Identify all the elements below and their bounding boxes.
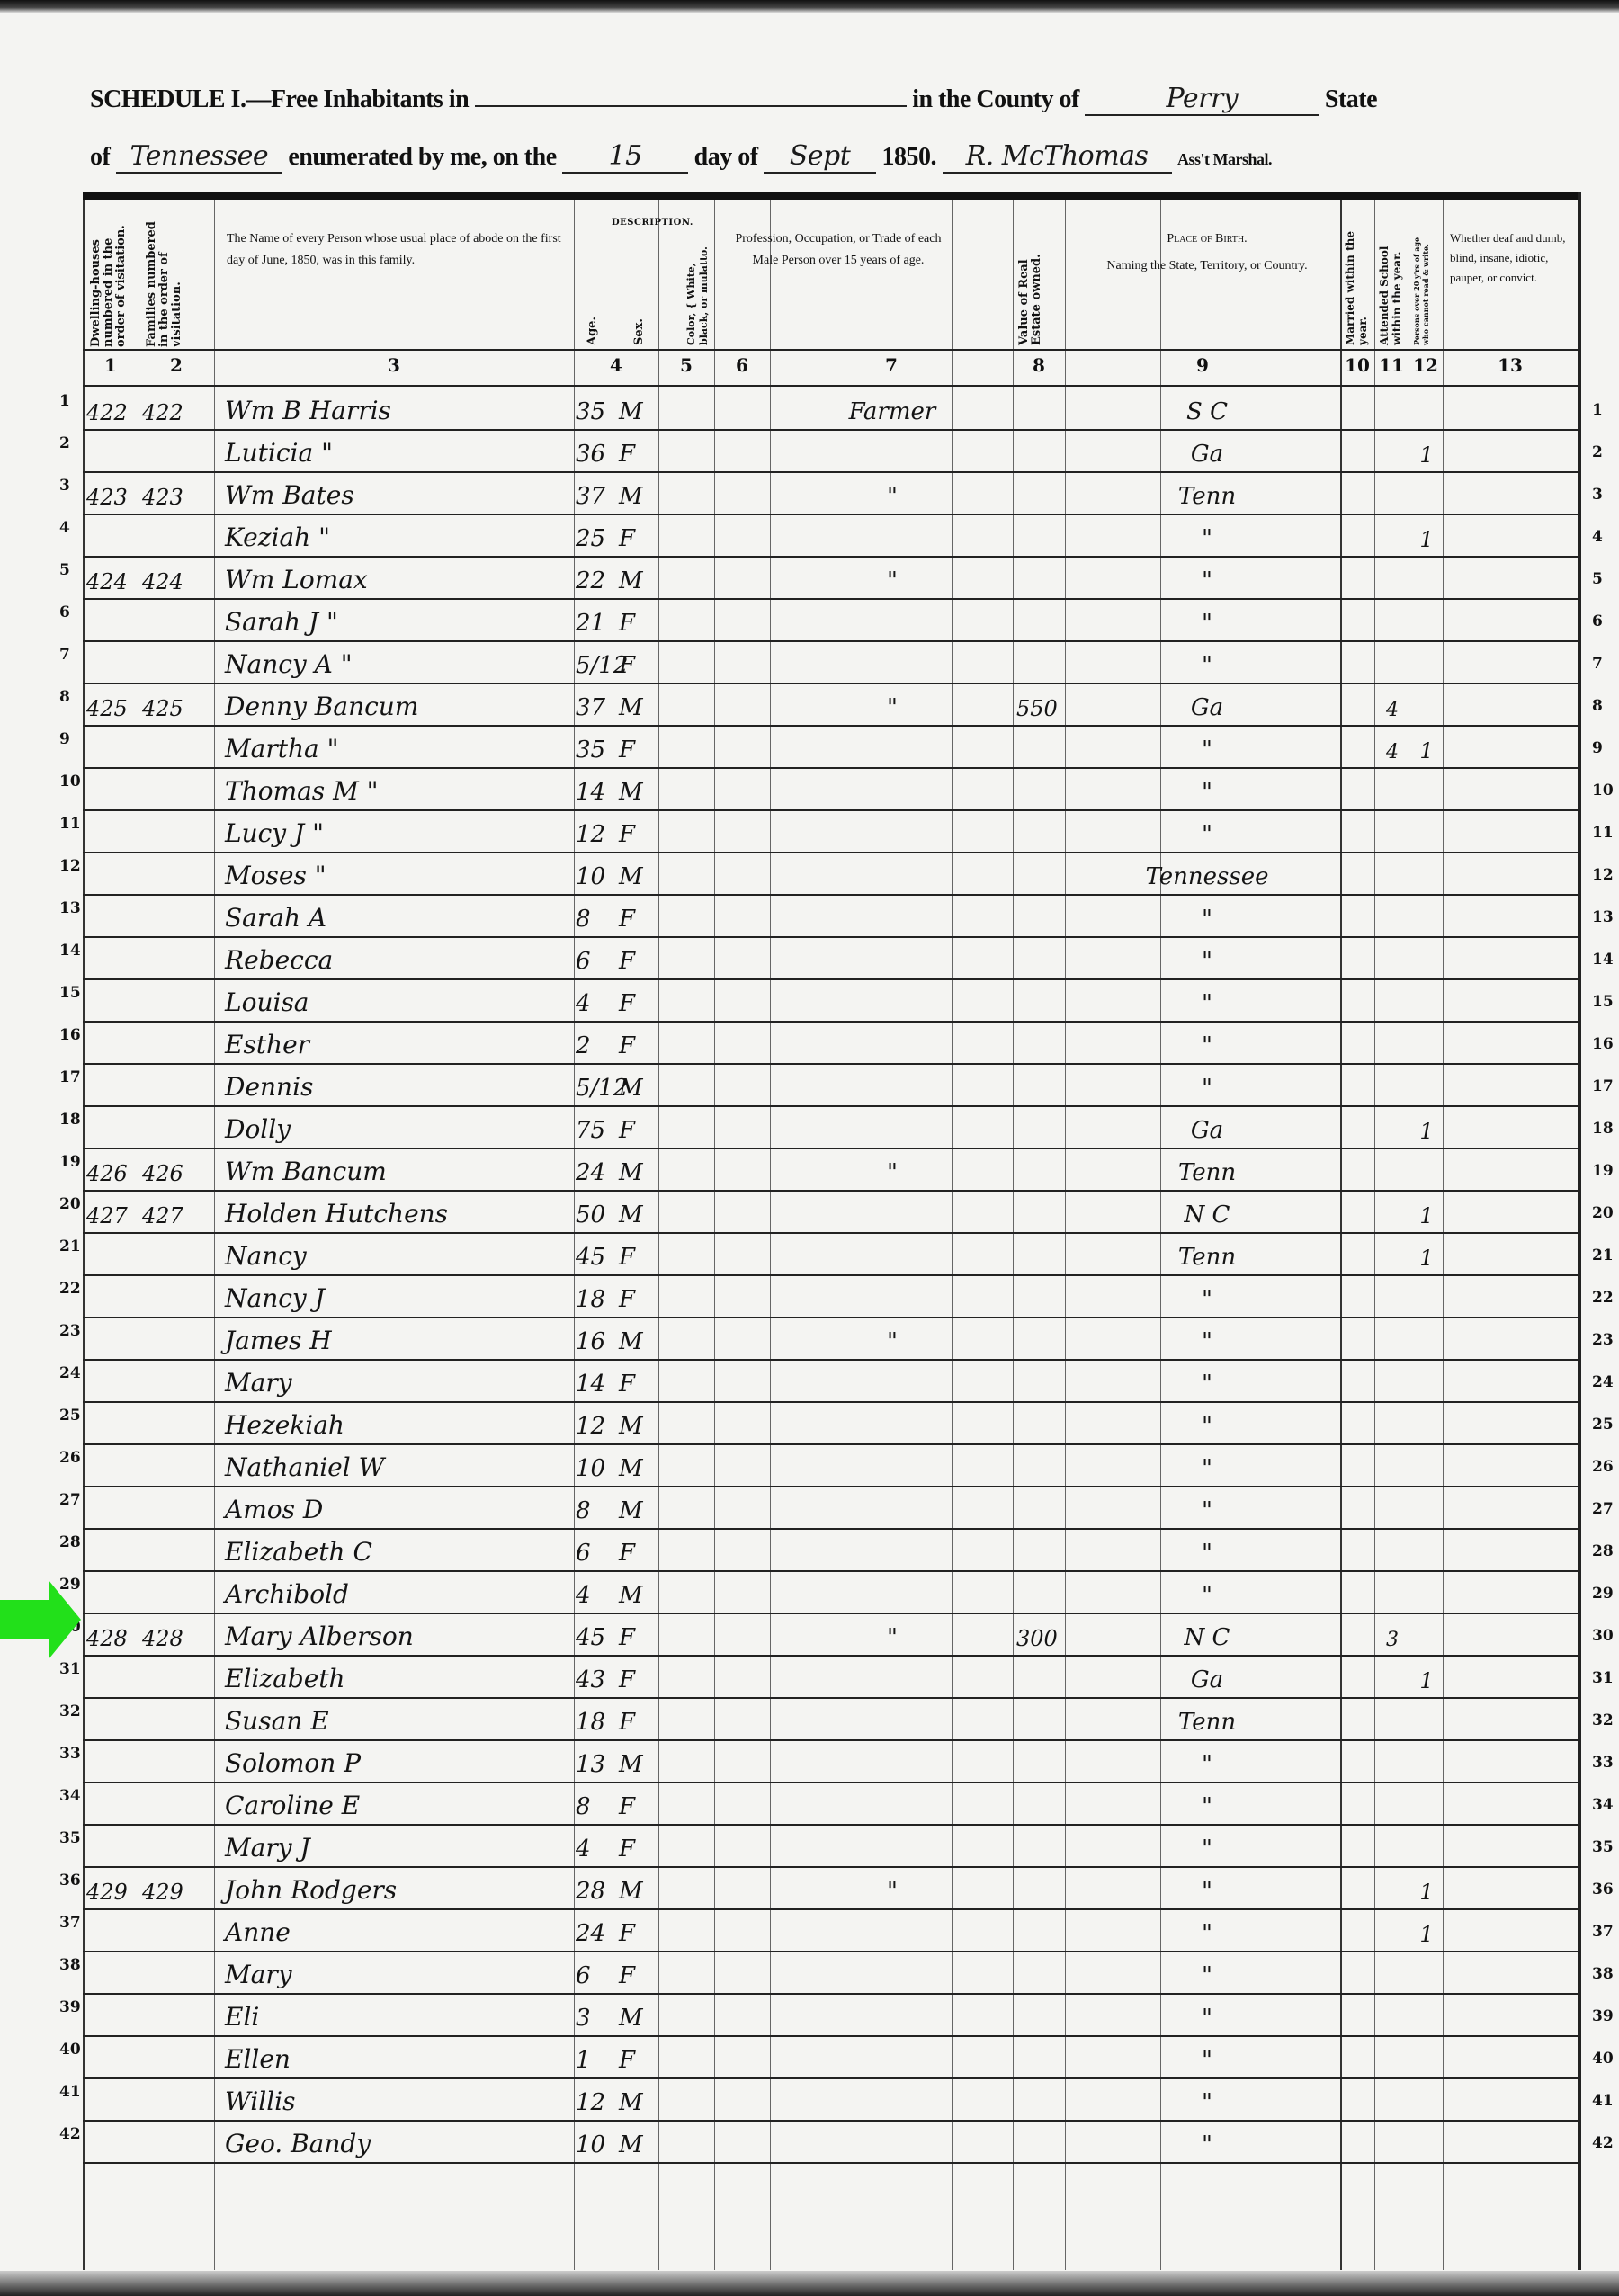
cell-birthplace: "	[1081, 2131, 1333, 2158]
cell-name: Elizabeth	[225, 1664, 572, 1693]
cell-sex: F	[619, 1371, 655, 1398]
cell-name: Nancy J	[225, 1283, 572, 1313]
line-number-left: 14	[59, 942, 81, 960]
line-number-right: 1	[1592, 401, 1603, 419]
cell-age: 24	[576, 1920, 612, 1947]
cell-sex: M	[619, 863, 655, 890]
cell-age: 37	[576, 694, 612, 721]
table-row: 3838Mary6F"	[83, 1952, 1581, 1995]
subdivision-field	[475, 105, 907, 107]
cell-birthplace: "	[1081, 610, 1333, 637]
cell-sex: F	[619, 1624, 655, 1651]
cell-age: 5/12	[576, 1075, 612, 1102]
line-number-right: 28	[1592, 1542, 1614, 1560]
table-row: 2929Archibold4M"	[83, 1572, 1581, 1614]
cell-sex: F	[619, 525, 655, 552]
cell-name: Denny Bancum	[225, 692, 572, 721]
cell-sex: F	[619, 1666, 655, 1693]
cell-age: 45	[576, 1244, 612, 1271]
header-married: Married within the year.	[1344, 219, 1371, 345]
cell-sex: F	[619, 610, 655, 637]
line-number-left: 33	[59, 1745, 81, 1763]
table-row: 77Nancy A "5/12F"	[83, 642, 1581, 684]
cell-name: Mary	[225, 1960, 572, 1989]
cell-name: Moses "	[225, 861, 572, 890]
cell-name: Louisa	[225, 987, 572, 1017]
line-number-right: 9	[1592, 739, 1603, 757]
table-row: 4242Geo. Bandy10M"	[83, 2122, 1581, 2164]
cell-birthplace: Tenn	[1081, 1709, 1333, 1736]
header-birthplace: Naming the State, Territory, or Country.	[1081, 255, 1333, 277]
cell-age: 24	[576, 1159, 612, 1186]
table-row: 3232Susan E18FTenn	[83, 1699, 1581, 1741]
table-row: 2727Amos D8M"	[83, 1487, 1581, 1530]
line-number-right: 26	[1592, 1458, 1614, 1476]
line-number-right: 6	[1592, 612, 1603, 630]
table-row: 1616Esther2F"	[83, 1023, 1581, 1065]
table-row: 2525Hezekiah12M"	[83, 1403, 1581, 1445]
table-row: 4141Willis12M"	[83, 2079, 1581, 2122]
cell-age: 18	[576, 1709, 612, 1736]
table-row: 2323James H16M""	[83, 1318, 1581, 1361]
line-number-left: 1	[59, 392, 70, 410]
line-number-left: 6	[59, 603, 70, 621]
column-number: 7	[770, 354, 1013, 376]
table-row: 3939Eli3M"	[83, 1995, 1581, 2037]
cell-illiterate: 1	[1410, 1880, 1443, 1905]
cell-age: 4	[576, 1836, 612, 1863]
cell-illiterate: 1	[1410, 1246, 1443, 1271]
table-row: 3535Mary J4F"	[83, 1826, 1581, 1868]
cell-sex: M	[619, 1075, 655, 1102]
line-number-left: 19	[59, 1153, 81, 1171]
cell-birthplace: "	[1081, 1413, 1333, 1440]
cell-name: Sarah J "	[225, 607, 572, 637]
cell-name: Wm Lomax	[225, 565, 572, 594]
scan-bottom-edge	[0, 2271, 1619, 2296]
cell-occupation: "	[775, 483, 1009, 510]
line-number-left: 16	[59, 1026, 81, 1044]
cell-dwelling: 422	[86, 400, 137, 425]
cell-sex: F	[619, 441, 655, 468]
line-number-right: 33	[1592, 1754, 1614, 1772]
line-number-right: 22	[1592, 1289, 1614, 1307]
table-row: 1414Rebecca6F"	[83, 938, 1581, 980]
header-birthplace-title: Place of Birth.	[1081, 228, 1333, 250]
year-label: 1850.	[882, 143, 937, 171]
line-number-left: 2	[59, 434, 70, 452]
cell-name: Wm Bates	[225, 480, 572, 510]
marshal-label: Ass't Marshal.	[1177, 150, 1272, 168]
cell-age: 6	[576, 1540, 612, 1567]
cell-name: Esther	[225, 1030, 572, 1059]
cell-age: 10	[576, 863, 612, 890]
state-label: State	[1325, 85, 1377, 113]
table-row: 22Luticia "36FGa1	[83, 431, 1581, 473]
cell-sex: F	[619, 737, 655, 764]
cell-sex: M	[619, 1497, 655, 1524]
line-number-left: 36	[59, 1872, 81, 1890]
line-number-right: 16	[1592, 1035, 1614, 1053]
table-row: 3333Solomon P13M"	[83, 1741, 1581, 1783]
cell-occupation: "	[775, 1159, 1009, 1186]
cell-dwelling: 426	[86, 1161, 137, 1186]
line-number-right: 30	[1592, 1627, 1614, 1645]
line-number-left: 18	[59, 1111, 81, 1129]
cell-family: 426	[142, 1161, 212, 1186]
cell-birthplace: "	[1081, 1540, 1333, 1567]
month-field: Sept	[764, 140, 876, 174]
cell-sex: M	[619, 1159, 655, 1186]
cell-birthplace: "	[1081, 990, 1333, 1017]
cell-name: Susan E	[225, 1706, 572, 1736]
cell-family: 423	[142, 485, 212, 510]
cell-birthplace: "	[1081, 525, 1333, 552]
cell-sex: M	[619, 1413, 655, 1440]
cell-sex: M	[619, 1202, 655, 1228]
cell-occupation: Farmer	[775, 398, 1009, 425]
table-row: 1111Lucy J "12F"	[83, 811, 1581, 853]
cell-birthplace: "	[1081, 779, 1333, 806]
line-number-right: 4	[1592, 528, 1603, 546]
cell-age: 12	[576, 2089, 612, 2116]
cell-name: Dennis	[225, 1072, 572, 1102]
cell-age: 10	[576, 1455, 612, 1482]
column-number: 1	[83, 354, 139, 376]
cell-family: 422	[142, 400, 212, 425]
line-number-left: 23	[59, 1322, 81, 1340]
census-table: Dwelling-houses numbered in the order of…	[83, 192, 1581, 2270]
cell-birthplace: Tenn	[1081, 1244, 1333, 1271]
cell-sex: F	[619, 2047, 655, 2074]
table-row: 2020427427Holden Hutchens50MN C1	[83, 1192, 1581, 1234]
cell-sex: M	[619, 483, 655, 510]
line-number-right: 7	[1592, 655, 1603, 673]
column-number: 3	[214, 354, 574, 376]
table-row: 55424424Wm Lomax22M""	[83, 558, 1581, 600]
cell-birthplace: "	[1081, 1878, 1333, 1905]
column-number: 5	[658, 354, 714, 376]
line-number-left: 41	[59, 2083, 81, 2101]
cell-name: Thomas M "	[225, 776, 572, 806]
cell-age: 45	[576, 1624, 612, 1651]
line-number-left: 21	[59, 1237, 81, 1255]
table-row: 3131Elizabeth43FGa1	[83, 1657, 1581, 1699]
line-number-right: 13	[1592, 908, 1614, 926]
line-number-left: 12	[59, 857, 81, 875]
line-number-right: 18	[1592, 1120, 1614, 1138]
cell-age: 8	[576, 1497, 612, 1524]
line-number-right: 8	[1592, 697, 1603, 715]
column-number: 12	[1409, 354, 1443, 376]
cell-age: 13	[576, 1751, 612, 1778]
table-top-border	[83, 192, 1581, 200]
line-number-right: 40	[1592, 2050, 1614, 2068]
cell-sex: M	[619, 2131, 655, 2158]
cell-age: 28	[576, 1878, 612, 1905]
cell-illiterate: 1	[1410, 527, 1443, 552]
line-number-left: 11	[59, 815, 81, 833]
cell-name: Archibold	[225, 1579, 572, 1609]
cell-birthplace: Tenn	[1081, 1159, 1333, 1186]
header-rule	[83, 349, 1581, 351]
header-color: Color, { White, black, or mulatto.	[685, 237, 712, 345]
cell-name: Hezekiah	[225, 1410, 572, 1440]
line-number-left: 4	[59, 519, 70, 537]
state-field: Tennessee	[116, 140, 282, 174]
cell-birthplace: "	[1081, 1920, 1333, 1947]
cell-age: 14	[576, 779, 612, 806]
cell-dwelling: 423	[86, 485, 137, 510]
cell-age: 5/12	[576, 652, 612, 679]
column-number: 6	[714, 354, 770, 376]
line-number-left: 10	[59, 773, 81, 791]
cell-sex: F	[619, 1286, 655, 1313]
cell-birthplace: "	[1081, 821, 1333, 848]
line-number-right: 23	[1592, 1331, 1614, 1349]
table-row: 3434Caroline E8F"	[83, 1783, 1581, 1826]
cell-name: Nathaniel W	[225, 1452, 572, 1482]
cell-age: 6	[576, 1962, 612, 1989]
line-number-left: 37	[59, 1914, 81, 1932]
cell-family: 428	[142, 1626, 212, 1651]
line-number-right: 35	[1592, 1838, 1614, 1856]
table-row: 1818Dolly75FGa1	[83, 1107, 1581, 1149]
cell-age: 12	[576, 1413, 612, 1440]
cell-birthplace: "	[1081, 1793, 1333, 1820]
cell-illiterate: 1	[1410, 1922, 1443, 1947]
cell-sex: M	[619, 1751, 655, 1778]
line-number-right: 25	[1592, 1416, 1614, 1434]
cell-name: Lucy J "	[225, 818, 572, 848]
cell-name: Mary Alberson	[225, 1621, 572, 1651]
cell-name: John Rodgers	[225, 1875, 572, 1905]
cell-birthplace: "	[1081, 948, 1333, 975]
table-row: 3737Anne24F"1	[83, 1910, 1581, 1952]
cell-name: Wm B Harris	[225, 396, 572, 425]
cell-age: 12	[576, 821, 612, 848]
cell-age: 37	[576, 483, 612, 510]
table-row: 2121Nancy45FTenn1	[83, 1234, 1581, 1276]
line-number-left: 35	[59, 1829, 81, 1847]
day-field: 15	[562, 140, 688, 174]
cell-age: 1	[576, 2047, 612, 2074]
cell-birthplace: "	[1081, 2047, 1333, 2074]
cell-occupation: "	[775, 694, 1009, 721]
cell-age: 16	[576, 1328, 612, 1355]
cell-age: 8	[576, 906, 612, 933]
cell-sex: M	[619, 2005, 655, 2032]
cell-age: 75	[576, 1117, 612, 1144]
marshal-field: R. McThomas	[943, 140, 1172, 174]
of-label: of	[90, 143, 110, 171]
line-number-left: 13	[59, 899, 81, 917]
column-number: 4	[574, 354, 658, 376]
cell-illiterate: 1	[1410, 1119, 1443, 1144]
line-number-left: 38	[59, 1956, 81, 1974]
cell-name: Martha "	[225, 734, 572, 764]
row-rule	[83, 2162, 1581, 2164]
line-number-left: 15	[59, 984, 81, 1002]
column-number: 10	[1340, 354, 1374, 376]
cell-age: 35	[576, 398, 612, 425]
cell-birthplace: "	[1081, 2089, 1333, 2116]
line-number-right: 36	[1592, 1881, 1614, 1898]
cell-sex: F	[619, 1540, 655, 1567]
line-number-left: 32	[59, 1702, 81, 1720]
cell-real-estate: 300	[1016, 1626, 1065, 1651]
cell-dwelling: 427	[86, 1203, 137, 1228]
header-real-estate: Value of Real Estate owned.	[1018, 219, 1056, 345]
cell-age: 3	[576, 2005, 612, 2032]
cell-sex: M	[619, 2089, 655, 2116]
cell-age: 35	[576, 737, 612, 764]
cell-name: Caroline E	[225, 1791, 572, 1820]
cell-sex: M	[619, 1582, 655, 1609]
line-number-left: 20	[59, 1195, 81, 1213]
table-row: 1010Thomas M "14M"	[83, 769, 1581, 811]
cell-dwelling: 425	[86, 696, 137, 721]
table-row: 4040Ellen1F"	[83, 2037, 1581, 2079]
line-number-right: 24	[1592, 1373, 1614, 1391]
enumerated-label: enumerated by me, on the	[288, 143, 556, 171]
cell-age: 4	[576, 990, 612, 1017]
cell-age: 36	[576, 441, 612, 468]
cell-age: 21	[576, 610, 612, 637]
header-name: The Name of every Person whose usual pla…	[227, 228, 568, 272]
cell-name: Dolly	[225, 1114, 572, 1144]
line-number-left: 27	[59, 1491, 81, 1509]
cell-family: 425	[142, 696, 212, 721]
cell-age: 50	[576, 1202, 612, 1228]
line-number-right: 3	[1592, 486, 1603, 504]
line-number-right: 38	[1592, 1965, 1614, 1983]
cell-family: 424	[142, 569, 212, 594]
cell-name: Ellen	[225, 2044, 572, 2074]
cell-sex: F	[619, 1836, 655, 1863]
column-number: 13	[1443, 354, 1578, 376]
cell-school: 4	[1376, 741, 1409, 764]
cell-age: 6	[576, 948, 612, 975]
line-number-right: 32	[1592, 1711, 1614, 1729]
line-number-right: 10	[1592, 782, 1614, 800]
cell-sex: F	[619, 1920, 655, 1947]
cell-sex: F	[619, 1117, 655, 1144]
cell-name: Rebecca	[225, 945, 572, 975]
cell-illiterate: 1	[1410, 738, 1443, 764]
table-row: 2626Nathaniel W10M"	[83, 1445, 1581, 1487]
cell-sex: M	[619, 694, 655, 721]
table-row: 2424Mary14F"	[83, 1361, 1581, 1403]
cell-occupation: "	[775, 1328, 1009, 1355]
line-number-right: 21	[1592, 1246, 1614, 1264]
header-dwelling: Dwelling-houses numbered in the order of…	[90, 212, 133, 347]
cell-sex: M	[619, 1328, 655, 1355]
line-number-left: 42	[59, 2125, 81, 2143]
cell-name: Wm Bancum	[225, 1157, 572, 1186]
cell-sex: F	[619, 990, 655, 1017]
cell-sex: F	[619, 1962, 655, 1989]
cell-name: Eli	[225, 2002, 572, 2032]
cell-age: 14	[576, 1371, 612, 1398]
cell-birthplace: Tennessee	[1081, 863, 1333, 890]
cell-dwelling: 429	[86, 1880, 137, 1905]
enumeration-line: of Tennessee enumerated by me, on the 15…	[90, 140, 1272, 174]
line-number-right: 17	[1592, 1077, 1614, 1095]
line-number-left: 28	[59, 1533, 81, 1551]
cell-sex: M	[619, 1455, 655, 1482]
line-number-left: 34	[59, 1787, 81, 1805]
cell-birthplace: "	[1081, 1286, 1333, 1313]
cell-birthplace: Ga	[1081, 1666, 1333, 1693]
line-number-right: 14	[1592, 951, 1614, 969]
cell-name: Mary J	[225, 1833, 572, 1863]
cell-name: Sarah A	[225, 903, 572, 933]
cell-name: Elizabeth C	[225, 1537, 572, 1567]
line-number-left: 17	[59, 1068, 81, 1086]
column-number: 11	[1374, 354, 1409, 376]
line-number-left: 9	[59, 730, 70, 748]
column-number: 8	[1013, 354, 1065, 376]
table-row: 3636429429John Rodgers28M""1	[83, 1868, 1581, 1910]
column-number: 2	[139, 354, 214, 376]
cell-age: 22	[576, 567, 612, 594]
cell-sex: F	[619, 1032, 655, 1059]
line-number-right: 20	[1592, 1204, 1614, 1222]
cell-school: 4	[1376, 699, 1409, 721]
cell-birthplace: S C	[1081, 398, 1333, 425]
cell-birthplace: "	[1081, 1497, 1333, 1524]
table-row: 1717Dennis5/12M"	[83, 1065, 1581, 1107]
cell-birthplace: "	[1081, 652, 1333, 679]
cell-illiterate: 1	[1410, 1668, 1443, 1693]
cell-family: 427	[142, 1203, 212, 1228]
cell-name: Willis	[225, 2086, 572, 2116]
cell-birthplace: "	[1081, 1032, 1333, 1059]
table-row: 44Keziah "25F"1	[83, 515, 1581, 558]
table-row: 88425425Denny Bancum37M"550Ga4	[83, 684, 1581, 727]
line-number-left: 5	[59, 561, 70, 579]
line-number-right: 31	[1592, 1669, 1614, 1687]
line-number-right: 2	[1592, 443, 1603, 461]
line-number-right: 5	[1592, 570, 1603, 588]
schedule-title-line: SCHEDULE I.—Free Inhabitants in in the C…	[90, 83, 1377, 116]
table-row: 11422422Wm B Harris35MFarmerS C	[83, 389, 1581, 431]
header-school: Attended School within the year.	[1378, 219, 1405, 345]
cell-sex: F	[619, 906, 655, 933]
cell-age: 25	[576, 525, 612, 552]
cell-illiterate: 1	[1410, 1203, 1443, 1228]
cell-age: 4	[576, 1582, 612, 1609]
cell-birthplace: "	[1081, 567, 1333, 594]
cell-sex: M	[619, 567, 655, 594]
cell-birthplace: "	[1081, 906, 1333, 933]
cell-name: Holden Hutchens	[225, 1199, 572, 1228]
cell-birthplace: "	[1081, 737, 1333, 764]
line-number-left: 24	[59, 1364, 81, 1382]
cell-name: Anne	[225, 1917, 572, 1947]
cell-name: Amos D	[225, 1495, 572, 1524]
column-number: 9	[1065, 354, 1340, 376]
schedule-label: SCHEDULE I.—Free Inhabitants in	[90, 85, 469, 113]
scan-top-edge	[0, 0, 1619, 13]
line-number-left: 3	[59, 477, 70, 495]
table-row: 2828Elizabeth C6F"	[83, 1530, 1581, 1572]
cell-name: Mary	[225, 1368, 572, 1398]
cell-birthplace: "	[1081, 1371, 1333, 1398]
line-number-right: 19	[1592, 1162, 1614, 1180]
header-occupation: Profession, Occupation, or Trade of each…	[730, 228, 946, 272]
